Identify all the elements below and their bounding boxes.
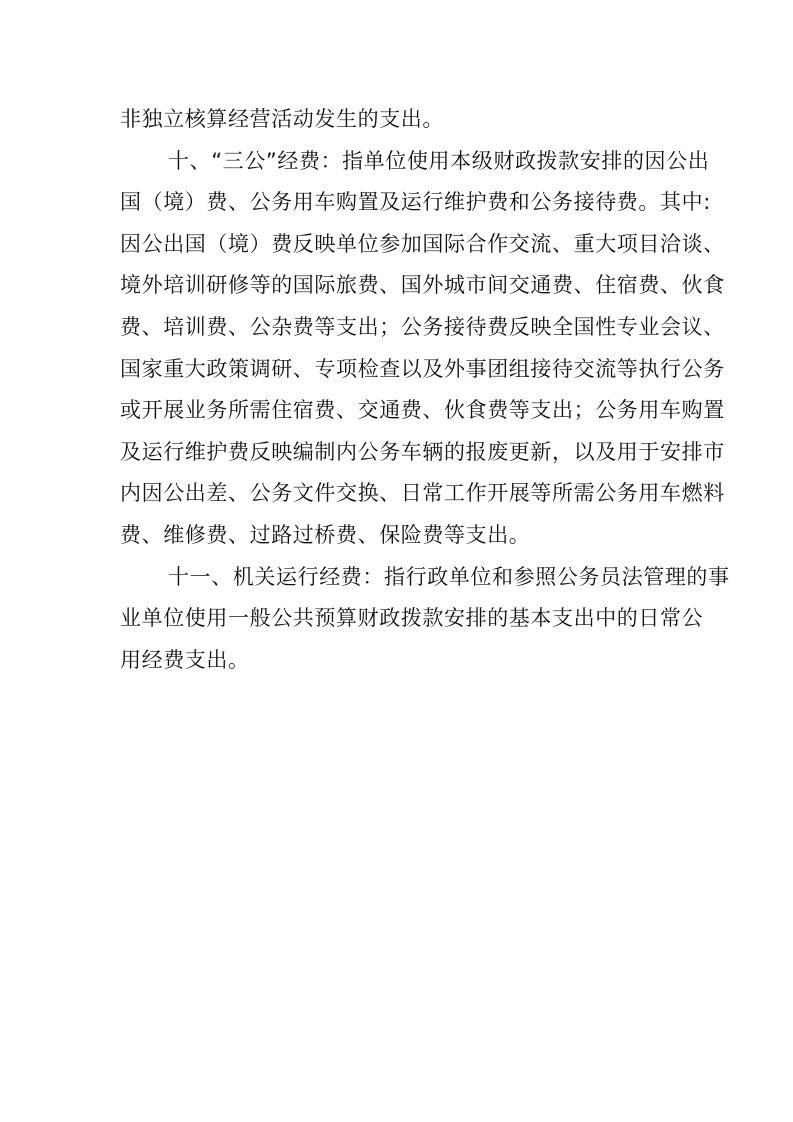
text-line: 非独立核算经营活动发生的支出。 [120,99,676,141]
paragraph-three-public-expenses: 十、“三公”经费：指单位使用本级财政拨款安排的因公出 国（境）费、公务用车购置及… [120,141,676,557]
text-line: 十一、机关运行经费：指行政单位和参照公务员法管理的事 [120,557,676,599]
text-line: 费、培训费、公杂费等支出；公务接待费反映全国性专业会议、 [120,307,676,349]
text-line: 费、维修费、过路过桥费、保险费等支出。 [120,515,676,557]
text-line: 十、“三公”经费：指单位使用本级财政拨款安排的因公出 [120,141,676,183]
text-line: 及运行维护费反映编制内公务车辆的报废更新，以及用于安排市 [120,432,676,474]
text-line: 或开展业务所需住宿费、交通费、伙食费等支出；公务用车购置 [120,390,676,432]
text-line: 国（境）费、公务用车购置及运行维护费和公务接待费。其中: [120,182,676,224]
paragraph-continuation: 非独立核算经营活动发生的支出。 [120,99,676,141]
document-page: 非独立核算经营活动发生的支出。 十、“三公”经费：指单位使用本级财政拨款安排的因… [120,99,676,681]
text-line: 业单位使用一般公共预算财政拨款安排的基本支出中的日常公 [120,598,676,640]
text-line: 境外培训研修等的国际旅费、国外城市间交通费、住宿费、伙食 [120,265,676,307]
text-line: 用经费支出。 [120,640,676,682]
paragraph-agency-operating-expenses: 十一、机关运行经费：指行政单位和参照公务员法管理的事 业单位使用一般公共预算财政… [120,557,676,682]
text-line: 内因公出差、公务文件交换、日常工作开展等所需公务用车燃料 [120,473,676,515]
text-line: 国家重大政策调研、专项检查以及外事团组接待交流等执行公务 [120,349,676,391]
text-line: 因公出国（境）费反映单位参加国际合作交流、重大项目洽谈、 [120,224,676,266]
